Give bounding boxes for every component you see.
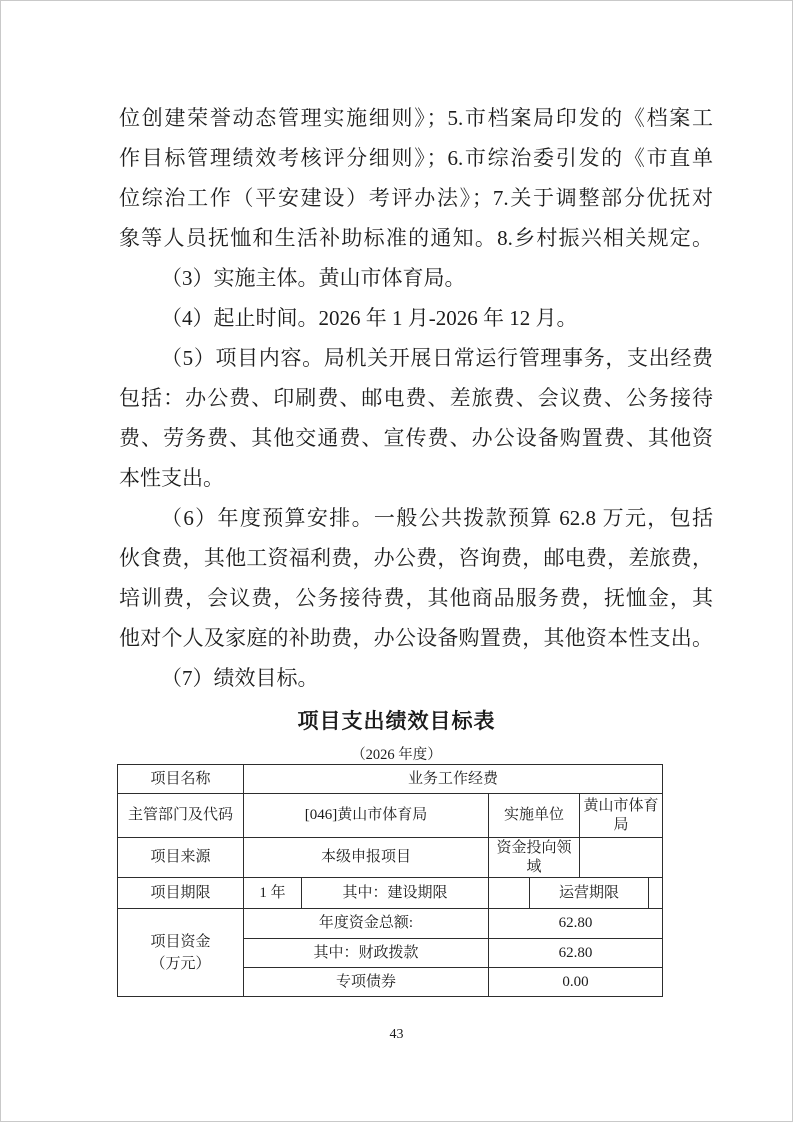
fund-direction-value-cell <box>580 838 663 878</box>
project-funds-label-line2: （万元） <box>120 953 241 975</box>
project-period-value-cell: 1 年 <box>244 878 302 909</box>
body-line: （7）绩效目标。 <box>119 658 713 698</box>
construction-period-value-cell <box>489 878 530 909</box>
special-bond-value-cell: 0.00 <box>489 968 663 997</box>
body-text: 位创建荣誉动态管理实施细则》；5.市档案局印发的《档案工 作目标管理绩效考核评分… <box>119 98 713 698</box>
project-funds-label-cell: 项目资金 （万元） <box>118 909 244 997</box>
body-line: 培训费，会议费，公务接待费，其他商品服务费，抚恤金，其 <box>119 578 713 618</box>
operation-period-value-cell <box>649 878 663 909</box>
dept-code-label-cell: 主管部门及代码 <box>118 794 244 838</box>
body-line: 作目标管理绩效考核评分细则》；6.市综治委引发的《市直单 <box>119 138 713 178</box>
project-period-label-cell: 项目期限 <box>118 878 244 909</box>
fiscal-allocation-value-cell: 62.80 <box>489 939 663 968</box>
body-line: 他对个人及家庭的补助费，办公设备购置费，其他资本性支出。 <box>119 618 713 658</box>
body-line: （3）实施主体。黄山市体育局。 <box>119 258 713 298</box>
performance-target-table: 项目名称 业务工作经费 主管部门及代码 [046]黄山市体育局 实施单位 黄山市… <box>117 764 663 997</box>
body-line: （4）起止时间。2026 年 1 月-2026 年 12 月。 <box>119 298 713 338</box>
project-name-value-cell: 业务工作经费 <box>244 765 663 794</box>
body-line: 位创建荣誉动态管理实施细则》；5.市档案局印发的《档案工 <box>119 98 713 138</box>
impl-unit-value-cell: 黄山市体育局 <box>580 794 663 838</box>
body-line: （5）项目内容。局机关开展日常运行管理事务，支出经费 <box>119 338 713 378</box>
project-name-label-cell: 项目名称 <box>118 765 244 794</box>
fund-direction-label-cell: 资金投向领域 <box>489 838 580 878</box>
body-line: 位综治工作（平安建设）考评办法》；7.关于调整部分优抚对 <box>119 178 713 218</box>
operation-period-label-cell: 运营期限 <box>530 878 649 909</box>
table-subtitle: （2026 年度） <box>1 743 792 764</box>
special-bond-label-cell: 专项债券 <box>244 968 489 997</box>
construction-period-label-cell: 其中：建设期限 <box>302 878 489 909</box>
annual-total-value-cell: 62.80 <box>489 909 663 939</box>
body-line: 包括：办公费、印刷费、邮电费、差旅费、会议费、公务接待 <box>119 378 713 418</box>
body-line: （6）年度预算安排。一般公共拨款预算 62.8 万元，包括 <box>119 498 713 538</box>
fiscal-allocation-label-cell: 其中：财政拨款 <box>244 939 489 968</box>
page-number: 43 <box>1 1027 792 1043</box>
dept-code-value-cell: [046]黄山市体育局 <box>244 794 489 838</box>
project-funds-label-line1: 项目资金 <box>120 931 241 953</box>
impl-unit-label-cell: 实施单位 <box>489 794 580 838</box>
document-page: 位创建荣誉动态管理实施细则》；5.市档案局印发的《档案工 作目标管理绩效考核评分… <box>0 0 793 1122</box>
body-line: 本性支出。 <box>119 458 713 498</box>
project-source-label-cell: 项目来源 <box>118 838 244 878</box>
body-line: 费、劳务费、其他交通费、宣传费、办公设备购置费、其他资 <box>119 418 713 458</box>
table-title: 项目支出绩效目标表 <box>1 705 792 735</box>
annual-total-label-cell: 年度资金总额: <box>244 909 489 939</box>
body-line: 伙食费，其他工资福利费，办公费，咨询费，邮电费，差旅费， <box>119 538 713 578</box>
project-source-value-cell: 本级申报项目 <box>244 838 489 878</box>
body-line: 象等人员抚恤和生活补助标准的通知。8.乡村振兴相关规定。 <box>119 218 713 258</box>
